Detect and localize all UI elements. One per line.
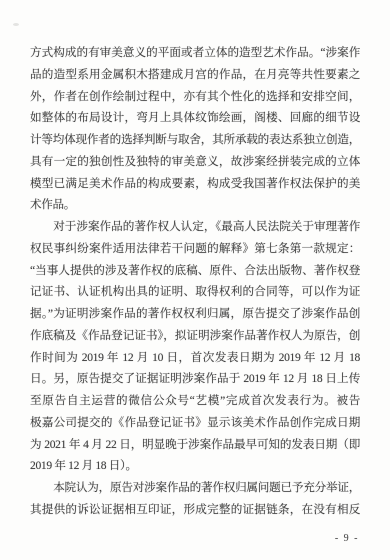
document-line: 具有一定的独创性及独特的审美意义，故涉案经拼装完成的立体	[30, 151, 360, 173]
document-line: 外，作者在创作绘制过程中，亦有其个性化的选择和安排空间，	[30, 86, 360, 108]
document-line: 方式构成的有审美意义的平面或者立体的造型艺术作品。“涉案作	[30, 42, 360, 64]
document-line: 据。”为证明涉案作品的著作权权利归属，原告提交了涉案作品创	[30, 303, 360, 325]
document-line: 作时间为 2019 年 12 月 10 日，首次发表日期为 2019 年 12 …	[30, 347, 360, 369]
document-line: 本院认为，原告对涉案作品的著作权归属问题已予充分举证，	[30, 477, 360, 499]
scan-artifact	[13, 23, 19, 26]
document-line: “当事人提供的涉及著作权的底稿、原件、合法出版物、著作权登	[30, 260, 360, 282]
document-line: 其提供的诉讼证据相互印证，形成完整的证据链条，在没有相反	[30, 499, 360, 521]
document-line: 作底稿及《作品登记证书》，拟证明涉案作品著作权人为原告，创	[30, 325, 360, 347]
document-text: 方式构成的有审美意义的平面或者立体的造型艺术作品。“涉案作品的造型系用金属积木搭…	[30, 42, 360, 521]
document-line: 模型已满足美术作品的构成要素，构成受我国著作权法保护的美	[30, 173, 360, 195]
document-line: 如整体的布局设计，弯月上具体纹饰绘画，阁楼、回廊的细节设	[30, 107, 360, 129]
document-line: 计等均体现作者的选择判断与取舍，其所承载的表达系独立创造，	[30, 129, 360, 151]
document-line: 为 2021 年 4 月 22 日，明显晚于涉案作品最早可知的发表日期（即	[30, 434, 360, 456]
document-line: 品的造型系用金属积木搭建成月宫的作品，在月亮等共性要素之	[30, 64, 360, 86]
page-number: - 9 -	[335, 533, 359, 544]
document-line: 2019 年 12 月 18 日）。	[30, 455, 360, 477]
document-line: 记证书、认证机构出具的证明、取得权利的合同等，可以作为证	[30, 281, 360, 303]
document-page: 方式构成的有审美意义的平面或者立体的造型艺术作品。“涉案作品的造型系用金属积木搭…	[0, 0, 390, 560]
document-line: 极嘉公司提交的《作品登记证书》显示该美术作品创作完成日期	[30, 412, 360, 434]
document-line: 至原告自主运营的微信公众号“艺模”完成首次发表行为。被告	[30, 390, 360, 412]
document-line: 对于涉案作品的著作权人认定，《最高人民法院关于审理著作	[30, 216, 360, 238]
document-line: 术作品。	[30, 194, 360, 216]
document-line: 权民事纠纷案件适用法律若干问题的解释》第七条第一款规定：	[30, 238, 360, 260]
document-line: 日。另，原告提交了证据证明涉案作品于 2019 年 12 月 18 日上传	[30, 368, 360, 390]
